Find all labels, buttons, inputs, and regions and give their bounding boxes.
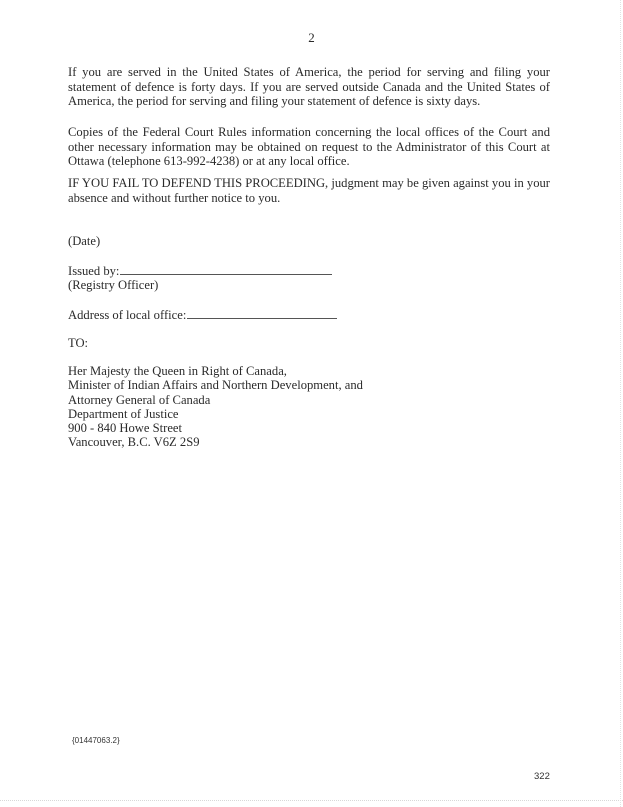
recipient-address-block: Her Majesty the Queen in Right of Canada… bbox=[68, 364, 363, 450]
paragraph-service-period: If you are served in the United States o… bbox=[68, 65, 550, 109]
issued-by-row: Issued by: bbox=[68, 263, 332, 279]
address-row: Address of local office: bbox=[68, 307, 337, 323]
registry-officer-label: (Registry Officer) bbox=[68, 278, 158, 293]
recipient-line: Attorney General of Canada bbox=[68, 393, 363, 407]
recipient-line: 900 - 840 Howe Street bbox=[68, 421, 363, 435]
document-page: 2 If you are served in the United States… bbox=[0, 0, 623, 807]
document-id: {01447063.2} bbox=[72, 736, 120, 745]
footer-page-number: 322 bbox=[534, 771, 550, 782]
recipient-line: Minister of Indian Affairs and Northern … bbox=[68, 378, 363, 392]
recipient-line: Her Majesty the Queen in Right of Canada… bbox=[68, 364, 363, 378]
paragraph-court-rules: Copies of the Federal Court Rules inform… bbox=[68, 125, 550, 169]
date-label: (Date) bbox=[68, 234, 100, 249]
issued-by-label: Issued by: bbox=[68, 264, 119, 278]
issued-by-signature-line bbox=[120, 263, 332, 275]
to-label: TO: bbox=[68, 336, 88, 351]
address-label: Address of local office: bbox=[68, 308, 186, 322]
scan-edge-right bbox=[619, 0, 621, 807]
recipient-line: Vancouver, B.C. V6Z 2S9 bbox=[68, 435, 363, 449]
paragraph-fail-to-defend: IF YOU FAIL TO DEFEND THIS PROCEEDING, j… bbox=[68, 176, 550, 205]
address-blank-line bbox=[187, 307, 337, 319]
scan-edge-bottom bbox=[0, 799, 623, 801]
recipient-line: Department of Justice bbox=[68, 407, 363, 421]
page-number: 2 bbox=[0, 30, 623, 46]
